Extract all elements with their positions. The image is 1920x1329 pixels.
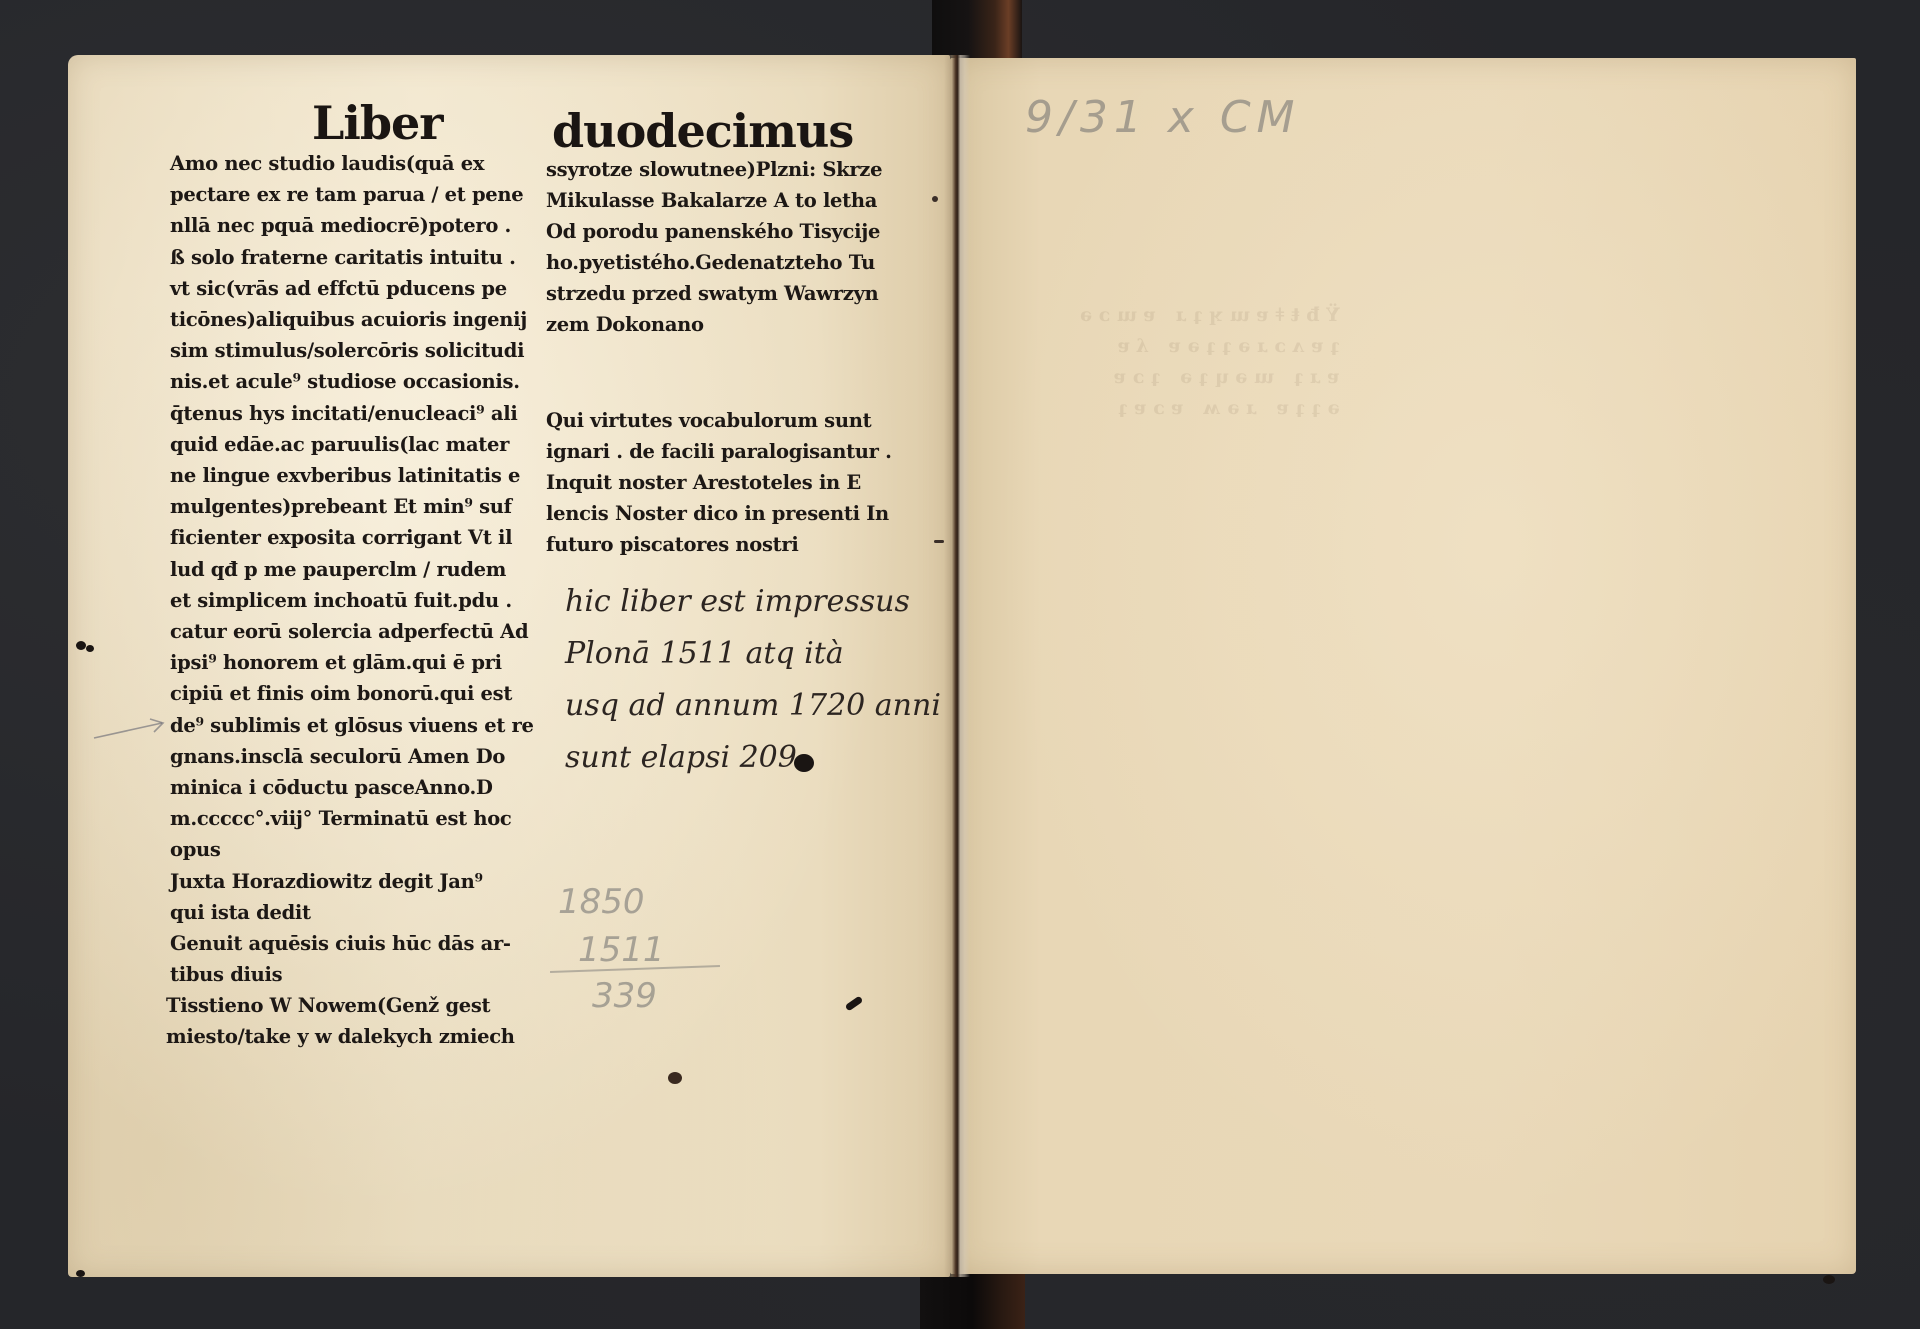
left-footer-text: Tisstieno W Nowem(Genž gest miesto/take …: [166, 990, 536, 1052]
text-line: Qui virtutes vocabulorum sunt: [546, 405, 916, 436]
text-line: catur eorū solercia adperfectū Ad: [170, 616, 530, 647]
text-line: m.ccccc°.viij° Terminatū est hoc: [170, 803, 530, 834]
pencil-shelfmark: 9/31 x CM: [1025, 92, 1301, 143]
text-line: lud qđ p me pauperclm / rudem: [170, 554, 530, 585]
text-line: miesto/take y w dalekych zmiech: [166, 1021, 536, 1052]
text-line: lencis Noster dico in presenti In: [546, 498, 916, 529]
handwritten-line: sunt elapsi 209: [565, 732, 941, 784]
text-line: ipsi⁹ honorem et glām.qui ē pri: [170, 647, 530, 678]
text-line: strzedu przed swatym Wawrzyn: [546, 278, 916, 309]
text-line: vt sic(vrās ad effctū pducens pe: [170, 273, 530, 304]
text-line: nis.et acule⁹ studiose occasionis.: [170, 366, 530, 397]
ink-blot-note: [794, 754, 814, 772]
text-line: ho.pyetistého.Gedenatzteho Tu: [546, 247, 916, 278]
pencil-result: 339: [540, 972, 720, 1020]
text-line: ticōnes)aliquibus acuioris ingenij: [170, 304, 530, 335]
handwritten-line: Plonā 1511 atq ità: [565, 628, 941, 680]
text-line: Od porodu panenského Tisycije: [546, 216, 916, 247]
margin-tick: [932, 196, 938, 202]
text-line: cipiū et finis oim bonorū.qui est: [170, 678, 530, 709]
handwritten-line: usq ad annum 1720 anni: [565, 680, 941, 732]
text-line: ssyrotze slowutnee)Plzni: Skrze: [546, 154, 916, 185]
text-line: futuro piscatores nostri: [546, 529, 916, 560]
text-line: Tisstieno W Nowem(Genž gest: [166, 990, 536, 1021]
text-line: Amo nec studio laudis(quā ex: [170, 148, 530, 179]
text-line: ignari . de facili paralogisantur .: [546, 436, 916, 467]
running-head-left: Liber: [312, 96, 442, 150]
text-line: zem Dokonano: [546, 309, 916, 340]
ink-blot-margin: [86, 645, 94, 652]
left-column-text: Amo nec studio laudis(quā ex pectare ex …: [170, 148, 530, 990]
text-line: pectare ex re tam parua / et pene: [170, 179, 530, 210]
text-line: Juxta Horazdiowitz degit Jan⁹: [170, 866, 530, 897]
text-line: Genuit aquēsis ciuis hūc dās ar-: [170, 928, 530, 959]
pencil-minuend: 1850: [540, 878, 720, 926]
text-line: tibus diuis: [170, 959, 530, 990]
page-gutter: [944, 55, 970, 1277]
aristotle-quote-text: Qui virtutes vocabulorum sunt ignari . d…: [546, 405, 916, 560]
text-line: mulgentes)prebeant Et min⁹ suf: [170, 491, 530, 522]
colophon-text: ssyrotze slowutnee)Plzni: Skrze Mikulass…: [546, 154, 916, 340]
ink-blot-spot: [668, 1072, 682, 1084]
running-head-right: duodecimus: [552, 104, 853, 158]
text-line: nllā nec pquā mediocrē)potero .: [170, 210, 530, 241]
text-line: qui ista dedit: [170, 897, 530, 928]
text-line: gnans.insclā seculorū Amen Do: [170, 741, 530, 772]
margin-tick: [934, 540, 944, 543]
text-line: ß solo fraterne caritatis intuitu .: [170, 242, 530, 273]
text-line: quid edāe.ac paruulis(lac mater: [170, 429, 530, 460]
handwritten-note: hic liber est impressus Plonā 1511 atq i…: [565, 576, 941, 784]
text-line: Inquit noster Arestoteles in E: [546, 467, 916, 498]
text-line: et simplicem inchoatū fuit.pdu .: [170, 585, 530, 616]
handwritten-line: hic liber est impressus: [565, 576, 941, 628]
text-line: q̄tenus hys incitati/enucleaci⁹ ali: [170, 398, 530, 429]
text-line: sim stimulus/solercōris solicitudi: [170, 335, 530, 366]
text-line: minica i cōductu pasceAnno.D: [170, 772, 530, 803]
binding-spine-bottom: [920, 1268, 1025, 1329]
text-line: opus: [170, 834, 530, 865]
text-line: ne lingue exvberibus latinitatis e: [170, 460, 530, 491]
pencil-calculation: 1850 1511 339: [540, 878, 720, 1020]
right-page: [950, 58, 1856, 1274]
pencil-arrow-icon: [92, 718, 167, 740]
text-line: de⁹ sublimis et glōsus viuens et re: [170, 710, 530, 741]
ink-blot-corner: [1823, 1275, 1835, 1284]
binding-spine-top: [932, 0, 1022, 60]
text-line: ficienter exposita corrigant Vt il: [170, 522, 530, 553]
ink-blot-margin: [76, 641, 86, 650]
show-through-text: Ÿ ƀ ŧ ǂ ɐ ɯ ʞ ʇ ɹ ɐ ɯ ɔ ǝ ʇ ɐ ʌ ɔ ɹ ǝ ʇ …: [1080, 300, 1340, 424]
text-line: Mikulasse Bakalarze A to letha: [546, 185, 916, 216]
ink-blot-corner: [76, 1270, 85, 1277]
